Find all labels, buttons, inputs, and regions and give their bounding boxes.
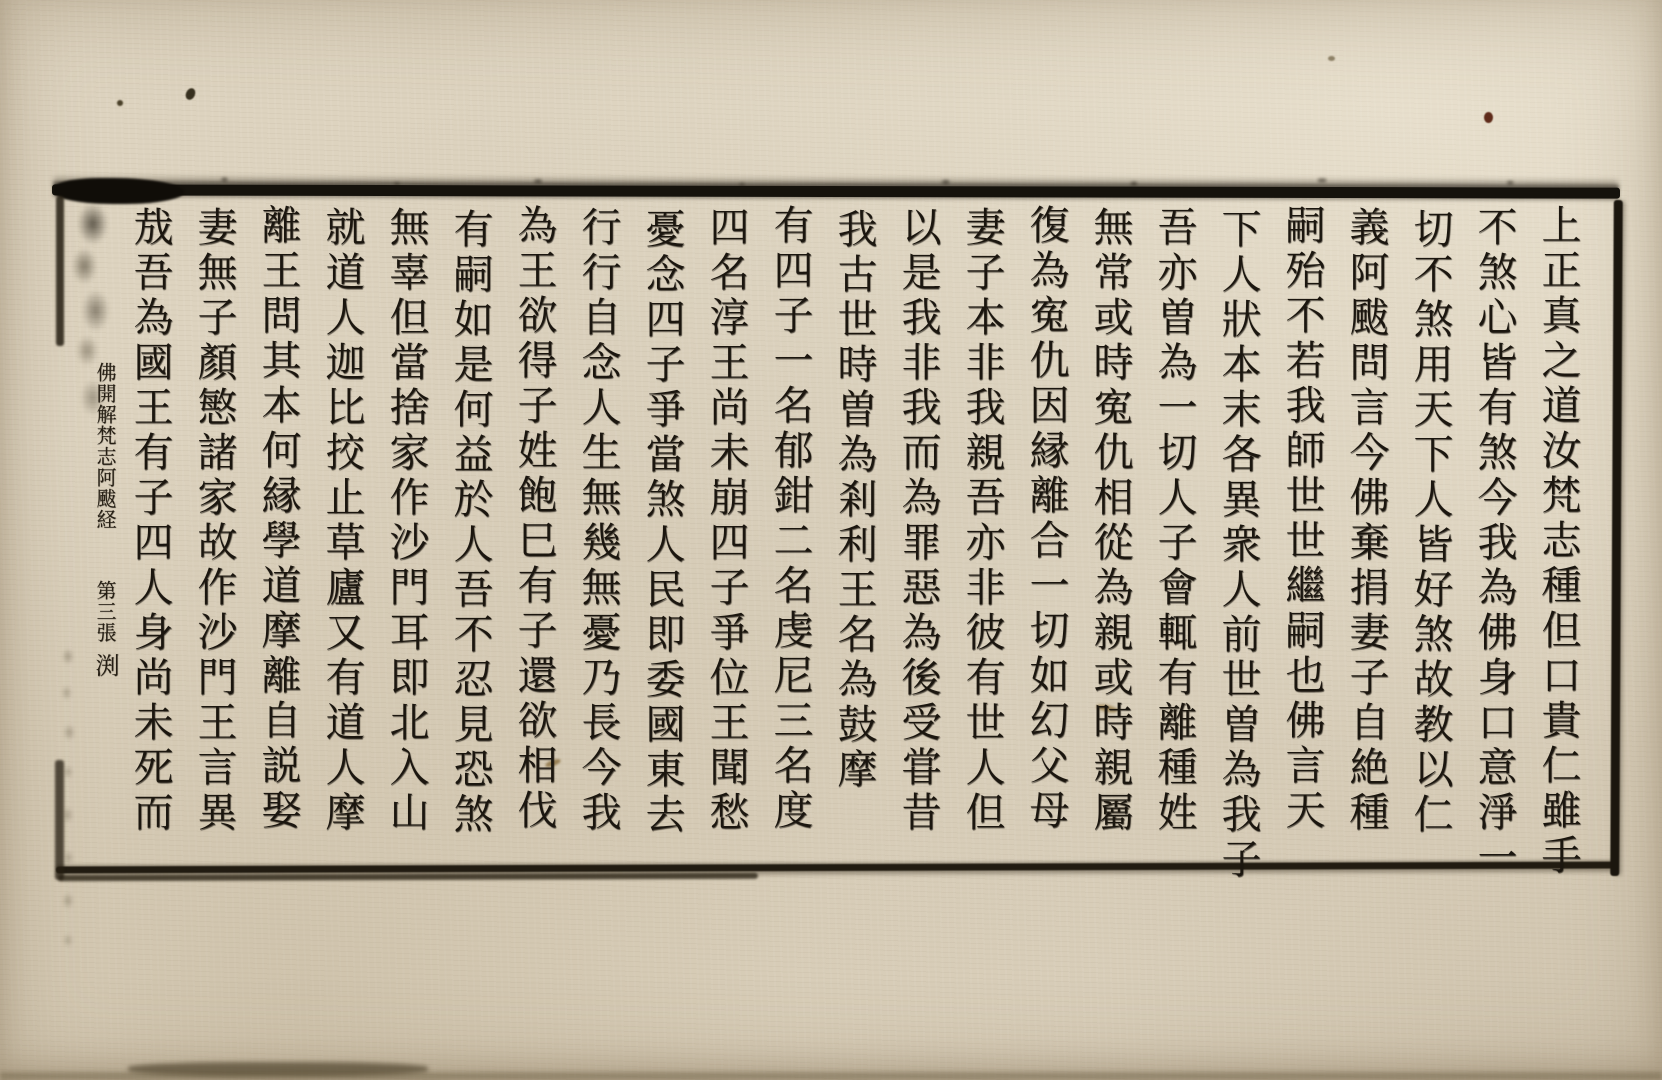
text-column: 上正真之道汝梵志種但口貴仁雖手	[1526, 204, 1590, 890]
paper-bottom-edge-shadow	[0, 1072, 1662, 1080]
sutra-text-block: 上正真之道汝梵志種但口貴仁雖手 不煞心皆有煞今我為佛身口意淨一 切不煞用天下人皆…	[118, 206, 1590, 890]
text-column: 為王欲得子姓飽巳有子還欲相伐	[502, 204, 566, 890]
frame-left-border-upper	[56, 196, 64, 346]
paper-speck	[1328, 56, 1335, 61]
text-column: 無常或時寃仇相從為親或時親屬	[1078, 206, 1142, 890]
text-column: 無辜但當捨家作沙門耳即北入山	[374, 206, 438, 890]
text-column: 離王問其本何縁學道摩離自説娶	[246, 204, 310, 890]
sheet-number-label: 第三張	[93, 580, 117, 643]
frame-left-border-lower	[55, 760, 64, 880]
sutra-title: 佛開解梵志阿颰経	[93, 362, 117, 530]
text-column: 吾亦曽為一切人子會輒有離種姓	[1142, 206, 1206, 890]
text-column: 就道人迦比挍止草廬又有道人摩	[310, 206, 374, 890]
text-column: 行行自念人生無幾無憂乃長今我	[566, 206, 630, 890]
frame-top-border	[52, 184, 1620, 198]
text-column: 有四子一名郁鉗二名虔尼三名度	[758, 204, 822, 890]
title-column: 佛開解梵志阿颰経第三張渕	[90, 362, 120, 872]
text-column: 有嗣如是何益於人吾不忍見恐煞	[438, 208, 502, 890]
frame-top-left-ink-blob	[54, 178, 184, 204]
text-column: 下人狀本末各異衆人前世曽為我子	[1206, 208, 1270, 890]
sutra-page-scan: { "document": { "script_columns_note": "…	[0, 0, 1662, 1080]
text-column: 㦲吾為國王有子四人身尚未死而	[118, 206, 182, 890]
text-column: 義阿颰問言今佛棄捐妻子自絶種	[1334, 206, 1398, 890]
text-column: 嗣殆不若我師世世繼嗣也佛言天	[1270, 204, 1334, 890]
text-column: 妻子本非我親吾亦非彼有世人但	[950, 206, 1014, 890]
frame-right-border	[1610, 200, 1623, 876]
text-column: 憂念四子爭當煞人民即委國東去	[630, 208, 694, 890]
text-column: 我古世時曽為剎利王名為鼓摩	[822, 208, 886, 890]
text-column: 以是我非我而為罪惡為後受甞昔	[886, 206, 950, 890]
text-column: 切不煞用天下人皆好煞故教以仁	[1398, 208, 1462, 890]
frame-top-ink-fuzz	[52, 170, 1620, 186]
paper-speck	[184, 87, 197, 102]
paper-speck	[117, 100, 123, 106]
text-column: 妻無子顏慜諸家故作沙門王言異	[182, 206, 246, 890]
text-column: 不煞心皆有煞今我為佛身口意淨一	[1462, 206, 1526, 890]
text-column: 四名淳王尚未崩四子爭位王聞愁	[694, 206, 758, 890]
volume-marker: 渕	[91, 653, 119, 678]
paper-speck	[1484, 112, 1493, 123]
text-column: 復為寃仇因縁離合一切如幻父母	[1014, 204, 1078, 890]
